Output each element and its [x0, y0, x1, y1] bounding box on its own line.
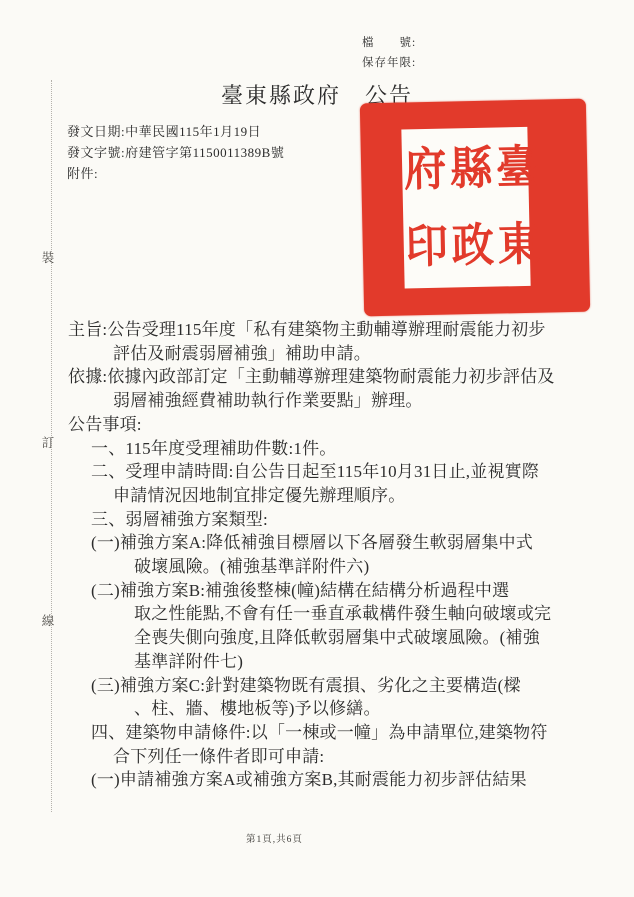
retention-label: 保存年限:	[362, 53, 416, 73]
seal-character: 縣	[450, 145, 493, 192]
binding-mark: 線	[40, 611, 56, 629]
seal-inner: 臺 東 縣 政 府 印	[401, 127, 530, 289]
body-line: 申請情況因地制宜排定優先辦理順序。	[68, 484, 573, 508]
seal-character: 印	[405, 224, 448, 271]
meta-block: 發文日期:中華民國115年1月19日 發文字號:府建管字第1150011389B…	[67, 121, 284, 184]
body-line: 一、115年度受理補助件數:1件。	[68, 437, 573, 461]
body-line: 取之性能點,不會有任一垂直承載構件發生軸向破壞或完	[68, 602, 573, 626]
body-line: 二、受理申請時間:自公告日起至115年10月31日止,並視實際	[68, 460, 573, 484]
body-line: 破壞風險。(補強基準詳附件六)	[68, 555, 573, 579]
file-no-label: 檔 號:	[362, 33, 416, 53]
page-indicator: 第1頁,共6頁	[246, 831, 303, 845]
body-line: 主旨:公告受理115年度「私有建築物主動輔導辦理耐震能力初步	[68, 318, 573, 342]
issue-date: 發文日期:中華民國115年1月19日	[67, 121, 284, 142]
body-line: 評估及耐震弱層補強」補助申請。	[68, 342, 573, 366]
seal-column: 縣 政	[449, 130, 495, 286]
body-line: (一)補強方案A:降低補強目標層以下各層發生軟弱層集中式	[68, 531, 573, 555]
official-seal: 臺 東 縣 政 府 印	[360, 99, 590, 317]
seal-character: 東	[497, 222, 540, 269]
archive-block: 檔 號: 保存年限:	[362, 33, 416, 73]
body-line: 全喪失側向強度,且降低軟弱層集中式破壞風險。(補強	[68, 626, 573, 650]
seal-column: 臺 東	[495, 129, 541, 285]
seal-character: 臺	[496, 144, 539, 191]
body-line: (三)補強方案C:針對建築物既有震損、劣化之主要構造(樑	[68, 674, 573, 698]
body-line: 、柱、牆、樓地板等)予以修繕。	[68, 697, 573, 721]
binding-mark: 訂	[40, 433, 56, 451]
body-line: 三、弱層補強方案類型:	[68, 508, 573, 532]
body-text: 主旨:公告受理115年度「私有建築物主動輔導辦理耐震能力初步評估及耐震弱層補強」…	[68, 318, 573, 792]
binding-mark: 裝	[40, 248, 56, 266]
doc-number: 發文字號:府建管字第1150011389B號	[67, 142, 284, 163]
body-line: 公告事項:	[68, 413, 573, 437]
body-line: 依據:依據內政部訂定「主動輔導辦理建築物耐震能力初步評估及	[68, 365, 573, 389]
document-page: 檔 號: 保存年限: 臺東縣政府 公告 發文日期:中華民國115年1月19日 發…	[0, 0, 634, 897]
attachment-label: 附件:	[67, 163, 284, 184]
body-line: 四、建築物申請條件:以「一棟或一幢」為申請單位,建築物符	[68, 721, 573, 745]
seal-character: 府	[404, 146, 447, 193]
body-line: 弱層補強經費補助執行作業要點」辦理。	[68, 389, 573, 413]
body-line: (一)申請補強方案A或補強方案B,其耐震能力初步評估結果	[68, 768, 573, 792]
body-line: (二)補強方案B:補強後整棟(幢)結構在結構分析過程中選	[68, 579, 573, 603]
body-line: 基準詳附件七)	[68, 650, 573, 674]
body-line: 合下列任一條件者即可申請:	[68, 745, 573, 769]
seal-column: 府 印	[403, 131, 449, 287]
seal-character: 政	[451, 223, 494, 270]
